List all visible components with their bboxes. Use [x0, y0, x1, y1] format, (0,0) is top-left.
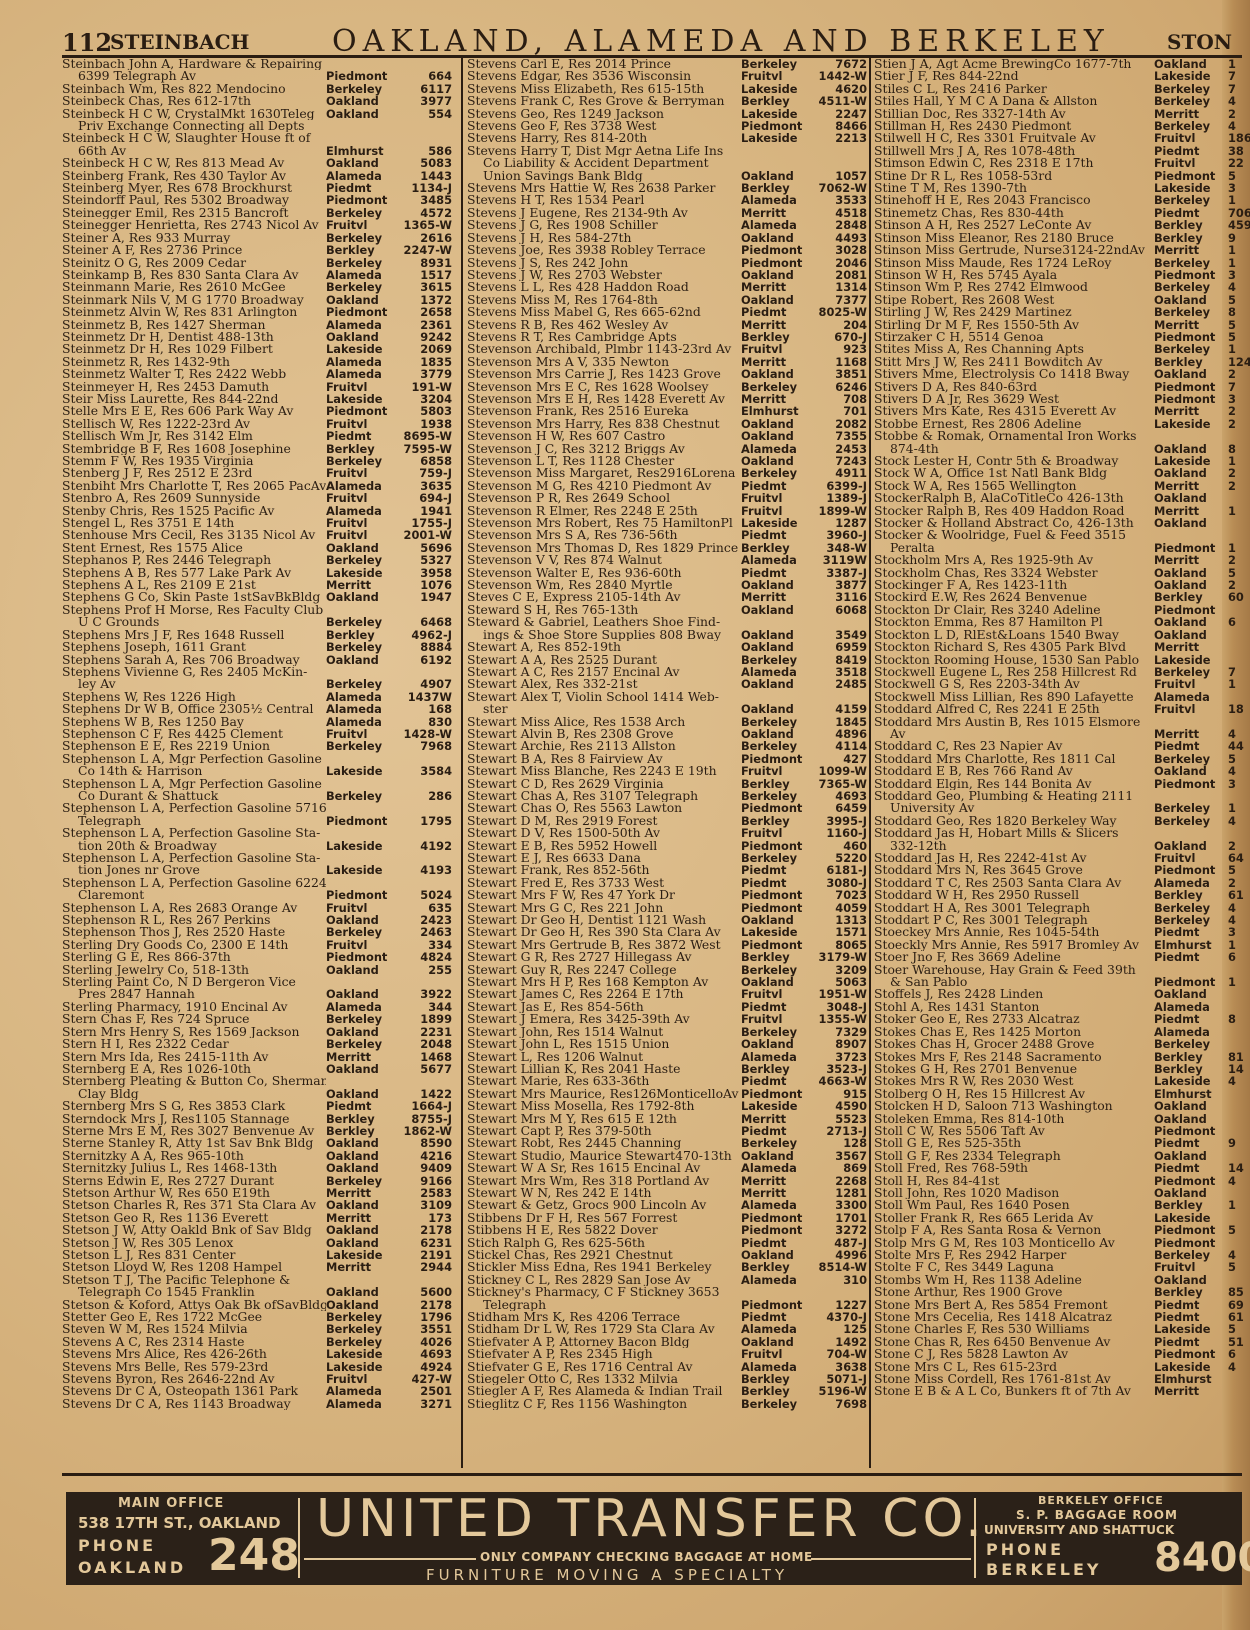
listing-entry: Stenby Chris, Res 1525 Pacific AvAlameda…	[62, 505, 452, 517]
phone-exchange: Piedmont	[1154, 1348, 1228, 1360]
phone-exchange: Alameda	[741, 1274, 815, 1286]
listing-entry: Stevenson Mrs S A, Res 736-56thPiedmt396…	[467, 529, 867, 541]
listing-name: Stockton Richard S, Res 4305 Park Blvd	[874, 641, 1154, 653]
phone-number: 8	[1228, 443, 1250, 455]
listing-entry-continuation: tion Jones nr GroveLakeside4193	[62, 864, 452, 876]
phone-number: 8695-W	[400, 430, 452, 442]
listing-address-continuation: & San Pablo	[874, 976, 1154, 988]
listing-name: Stenberg J F, Res 2512 E 23rd	[62, 467, 326, 479]
listing-name: Stocker & Woolridge, Fuel & Feed 3515	[874, 529, 1154, 541]
listing-name: Stetson Charles R, Res 371 Sta Clara Av	[62, 1199, 326, 1211]
listing-name: Stone Miss Cordell, Res 1761-81st Av	[874, 1373, 1154, 1385]
phone-number	[1228, 1373, 1250, 1385]
listing-name: Stockwell Eugene L, Res 258 Hillcrest Rd	[874, 666, 1154, 678]
phone-number: 3109	[400, 1199, 452, 1211]
listing-entry: Stephens A L, Res 2109 E 21stMerritt1076	[62, 579, 452, 591]
phone-number: 1	[1228, 58, 1250, 70]
listing-entry: Stewart E J, Res 6633 DanaBerkeley5220	[467, 852, 867, 864]
phone-number: 2069	[400, 343, 452, 355]
listing-name: Stevens Harry, Res 814-20th	[467, 132, 741, 144]
listing-name: Steinbeck H C W, CrystalMkt 1630Teleg	[62, 108, 326, 120]
listing-name: Steinbeck H C W, Slaughter House ft of	[62, 132, 326, 144]
phone-number: 1	[1228, 542, 1250, 554]
listing-name: Stewart Fred E, Res 3733 West	[467, 877, 741, 889]
listing-name: Stickney's Pharmacy, C F Stickney 3653	[467, 1286, 741, 1298]
spacer	[1154, 827, 1228, 839]
listing-name: Stewart Jas E, Res 854-56th	[467, 1001, 741, 1013]
listing-entry: Steinmetz R, Res 1432-9thAlameda1835	[62, 356, 452, 368]
listing-entry: Stolte F C, Res 3449 LagunaFruitvl5	[874, 1261, 1250, 1273]
phone-number: 5	[1228, 864, 1250, 876]
phone-number: 704-W	[815, 1348, 867, 1360]
listing-name: Stewart Studio, Maurice Stewart470-13th	[467, 1150, 741, 1162]
listing-name: Stien J A, Agt Acme BrewingCo 1677-7th	[874, 58, 1154, 70]
listing-entry: Sterling Pharmacy, 1910 Encinal AvAlamed…	[62, 1001, 452, 1013]
listing-entry: Stephens Prof H Morse, Res Faculty Club	[62, 604, 452, 616]
listing-name: Stoer Warehouse, Hay Grain & Feed 39th	[874, 964, 1154, 976]
phone-exchange: Berkley	[741, 1261, 815, 1273]
spacer	[326, 827, 400, 839]
listing-entry: Sterling G E, Res 866-37thPiedmont4824	[62, 951, 452, 963]
listing-name: Stevens Mrs Belle, Res 579-23rd	[62, 1361, 326, 1373]
listing-name: Stemm F W, Res 1935 Virginia	[62, 455, 326, 467]
phone-number: 7	[1228, 381, 1250, 393]
listing-name: Stilwell H C, Res 3301 Fruitvale Av	[874, 132, 1154, 144]
phone-exchange: Piedmont	[326, 306, 400, 318]
listing-name: Stoddart P C, Res 3001 Telegraph	[874, 914, 1154, 926]
phone-exchange: Berkeley	[741, 1398, 815, 1410]
listing-name: Stiegeler Otto C, Res 1332 Milvia	[467, 1373, 741, 1385]
phone-number: 1	[1228, 257, 1250, 269]
phone-exchange: Fruitvl	[741, 1348, 815, 1360]
phone-number: 459	[1228, 219, 1250, 231]
listing-entry-continuation: Co 14th & HarrisonLakeside3584	[62, 765, 452, 777]
listing-entry-continuation: tion 20th & BroadwayLakeside4192	[62, 840, 452, 852]
phone-exchange: Fruitvl	[1154, 703, 1228, 715]
listing-name: Stevens R T, Res Cambridge Apts	[467, 331, 741, 343]
phone-number: 5	[1228, 1224, 1250, 1236]
listing-entry: Stern H I, Res 2322 CedarBerkeley2048	[62, 1038, 452, 1050]
listing-entry: Stewart A, Res 852-19thOakland6959	[467, 641, 867, 653]
column-divider	[461, 58, 463, 1468]
listing-name: Stevens Mrs Alice, Res 426-26th	[62, 1348, 326, 1360]
listing-name: Stewart Mrs F W, Res 47 York Dr	[467, 889, 741, 901]
listing-name: Stevens Dr C A, Res 1143 Broadway	[62, 1398, 326, 1410]
phone-number: 7	[1228, 666, 1250, 678]
phone-exchange: Oakland	[1154, 492, 1228, 504]
phone-exchange: Piedmont	[326, 194, 400, 206]
phone-number: 1	[1228, 343, 1250, 355]
listing-name: Stevens Frank C, Res Grove & Berryman	[467, 95, 741, 107]
phone-exchange: Piedmont	[326, 815, 400, 827]
listing-name: Stewart Alex T, Violin School 1414 Web-	[467, 691, 741, 703]
phone-exchange: Alameda	[326, 368, 400, 380]
phone-number: 4114	[815, 740, 867, 752]
spacer	[326, 1075, 400, 1087]
listing-entry: Steinbach Wm, Res 822 MendocinoBerkeley6…	[62, 83, 452, 95]
listing-entry: Stephens Dr W B, Office 2305½ CentralAla…	[62, 703, 452, 715]
phone-number	[1228, 1001, 1250, 1013]
phone-number: 3485	[400, 194, 452, 206]
listing-entry: Steinmetz Dr H, Dentist 488-13thOakland9…	[62, 331, 452, 343]
spacer	[815, 616, 867, 628]
phone-number	[1228, 1125, 1250, 1137]
phone-exchange: Piedmt	[1154, 1162, 1228, 1174]
phone-number: 3	[1228, 269, 1250, 281]
listing-name: Stoeckey Mrs Annie, Res 1045-54th	[874, 926, 1154, 938]
listing-name: Stocker Ralph B, Res 409 Haddon Road	[874, 505, 1154, 517]
listing-entry: Steir Miss Laurette, Res 844-22ndLakesid…	[62, 393, 452, 405]
listing-name: Stewart Mrs Maurice, Res126MonticelloAv	[467, 1088, 741, 1100]
listing-name: Sternitzky Julius L, Res 1468-13th	[62, 1162, 326, 1174]
last-entry-guide-word: STON	[1167, 30, 1232, 54]
listing-entry: Stinson A H, Res 2527 LeConte AvBerkley4…	[874, 219, 1250, 231]
phone-number: 3551	[400, 1323, 452, 1335]
phone-number: 2	[1228, 877, 1250, 889]
listing-name: Stombs Wm H, Res 1138 Adeline	[874, 1274, 1154, 1286]
phone-number: 14	[1228, 1063, 1250, 1075]
phone-number: 4	[1228, 765, 1250, 777]
listing-name: Sterne Stanley R, Atty 1st Sav Bnk Bldg	[62, 1137, 326, 1149]
listing-name: Stone Arthur, Res 1900 Grove	[874, 1286, 1154, 1298]
phone-number: 2485	[815, 678, 867, 690]
phone-exchange: Piedmont	[326, 951, 400, 963]
listing-entry: Stevenson Wm, Res 2840 MyrtleOakland3877	[467, 579, 867, 591]
listing-address-continuation: 874-4th	[874, 443, 1154, 455]
listing-name: Stewart W A Sr, Res 1615 Encinal Av	[467, 1162, 741, 1174]
phone-exchange: Alameda	[741, 1199, 815, 1211]
listing-name: Stelle Mrs E E, Res 606 Park Way Av	[62, 405, 326, 417]
listing-name: Sterling Pharmacy, 1910 Encinal Av	[62, 1001, 326, 1013]
phone-exchange: Lakeside	[326, 864, 400, 876]
phone-exchange: Oakland	[1154, 616, 1228, 628]
phone-number: 5024	[400, 889, 452, 901]
listing-name: Sternberg Pleating & Button Co, Sherman	[62, 1075, 326, 1087]
listing-name: Stoddard Elgin, Res 144 Bonita Av	[874, 778, 1154, 790]
listing-entry: Stewart Guy R, Res 2247 CollegeBerkeley3…	[467, 964, 867, 976]
phone-number: 5803	[400, 405, 452, 417]
listing-entry: Steinbach John A, Hardware & Repairing	[62, 58, 452, 70]
listing-entry: Stokes Mrs R W, Res 2030 WestLakeside4	[874, 1075, 1250, 1087]
phone-number: 7	[1228, 83, 1250, 95]
listing-name: Stolte F C, Res 3449 Laguna	[874, 1261, 1154, 1273]
phone-number: 2501	[400, 1385, 452, 1397]
phone-exchange: Lakeside	[326, 343, 400, 355]
listing-name: Stewart Mrs M Y, Res 615 E 12th	[467, 1113, 741, 1125]
listing-name: Stephens W B, Res 1250 Bay	[62, 716, 326, 728]
listing-name: Steiner A F, Res 2736 Prince	[62, 244, 326, 256]
listing-entry: Stephenson L A, Perfection Gasoline Sta-	[62, 852, 452, 864]
phone-number: 8	[1228, 1013, 1250, 1025]
listing-name: Stich Ralph G, Res 625-56th	[467, 1237, 741, 1249]
phone-exchange: Fruitvl	[1154, 157, 1228, 169]
phone-exchange: Oakland	[741, 641, 815, 653]
listing-entry: Stetson L J, Res 831 CenterLakeside2191	[62, 1249, 452, 1261]
listing-entry: Stewart Chas A, Res 3107 TelegraphBerkel…	[467, 790, 867, 802]
listing-entry: Stolcken H D, Saloon 713 WashingtonOakla…	[874, 1100, 1250, 1112]
listing-entry: Stickel Chas, Res 2921 ChestnutOakland49…	[467, 1249, 867, 1261]
phone-number: 5	[1228, 170, 1250, 182]
phone-number: 5600	[400, 1286, 452, 1298]
listing-entry: Steinkamp B, Res 830 Santa Clara AvAlame…	[62, 269, 452, 281]
listing-address-continuation: U C Grounds	[62, 616, 326, 628]
phone-number	[1228, 1113, 1250, 1125]
listing-entry: Stiefvater G E, Res 1716 Central AvAlame…	[467, 1361, 867, 1373]
listing-address-continuation: Telegraph Co 1545 Franklin	[62, 1286, 326, 1298]
phone-number	[1228, 1038, 1250, 1050]
phone-number: 124	[1228, 356, 1250, 368]
phone-number: 1	[1228, 939, 1250, 951]
listing-entry: Stengel L, Res 3751 E 14thFruitvl1755-J	[62, 517, 452, 529]
phone-exchange: Berkeley	[1154, 1038, 1228, 1050]
listing-name: Stevens Mrs Hattie W, Res 2638 Parker	[467, 182, 741, 194]
listing-name: Stoddard E B, Res 766 Rand Av	[874, 765, 1154, 777]
listing-name: Stewart Frank, Res 852-56th	[467, 864, 741, 876]
spacer	[815, 145, 867, 157]
listing-entry: Stites Miss A, Res Channing AptsBerkeley…	[874, 343, 1250, 355]
spacer	[815, 1286, 867, 1298]
phone-number: 61	[1228, 1311, 1250, 1323]
phone-exchange: Berkeley	[1154, 343, 1228, 355]
phone-exchange: Oakland	[741, 604, 815, 616]
phone-exchange: Fruitvl	[326, 467, 400, 479]
listing-name: Stokes Mrs F, Res 2148 Sacramento	[874, 1051, 1154, 1063]
listing-name: Stephenson L A, Mgr Perfection Gasoline	[62, 778, 326, 790]
listing-name: Stoll G F, Res 2334 Telegraph	[874, 1150, 1154, 1162]
listing-entry: Stoddard Mrs N, Res 3645 GrovePiedmont5	[874, 864, 1250, 876]
phone-number	[1228, 1187, 1250, 1199]
spacer	[1228, 964, 1250, 976]
spacer	[741, 616, 815, 628]
listing-name: Stoddard Geo, Res 1820 Berkeley Way	[874, 815, 1154, 827]
listing-name: Stipe Robert, Res 2608 West	[874, 294, 1154, 306]
listing-entry: Sternberg E A, Res 1026-10thOakland5677	[62, 1063, 452, 1075]
phone-exchange: Alameda	[326, 1398, 400, 1410]
listing-entry: Stewart Miss Alice, Res 1538 ArchBerkele…	[467, 716, 867, 728]
phone-number: 1099-W	[815, 765, 867, 777]
spacer	[400, 1075, 452, 1087]
listing-name: Stevens A C, Res 2314 Haste	[62, 1336, 326, 1348]
listing-entry: Stevens J G, Res 1908 SchillerAlameda284…	[467, 219, 867, 231]
listing-entry: Stobbe & Romak, Ornamental Iron Works	[874, 430, 1250, 442]
phone-number: 5083	[400, 157, 452, 169]
listing-entry: Stevens L L, Res 428 Haddon RoadMerritt1…	[467, 281, 867, 293]
phone-number: 3584	[400, 765, 452, 777]
phone-exchange: Berkley	[326, 244, 400, 256]
listing-entry-continuation: Pres 2847 HannahOakland3922	[62, 988, 452, 1000]
listing-name: Steinbach John A, Hardware & Repairing	[62, 58, 326, 70]
listing-entry: Stewart Lillian K, Res 2041 HasteBerkley…	[467, 1063, 867, 1075]
listing-address-continuation: Telegraph	[467, 1299, 741, 1311]
listing-name: Stetson J W, Atty Oakld Bnk of Sav Bldg	[62, 1224, 326, 1236]
listing-entry: Stockwell G S, Res 2203-34th AvFruitvl1	[874, 678, 1250, 690]
phone-number: 2213	[815, 132, 867, 144]
listing-name: Stewart Dr Geo H, Dentist 1121 Wash	[467, 914, 741, 926]
phone-number: 1664-J	[400, 1100, 452, 1112]
listing-entry: Stewart A A, Res 2525 DurantBerkeley8419	[467, 654, 867, 666]
listing-entry: Sterne Mrs E M, Res 3027 Benvenue AvBerk…	[62, 1125, 452, 1137]
ad-rule	[811, 1558, 971, 1560]
phone-number: 7023	[815, 889, 867, 901]
phone-number: 1947	[400, 591, 452, 603]
listing-name: Stewart Chas A, Res 3107 Telegraph	[467, 790, 741, 802]
listing-name: StockerRalph B, AlaCoTitleCo 426-13th	[874, 492, 1154, 504]
listing-column-2: Stevens Carl E, Res 2014 PrinceBerkeley7…	[467, 58, 867, 1468]
listing-name: Stiefvater A P, Attorney Bacon Bldg	[467, 1336, 741, 1348]
phone-exchange: Berkeley	[1154, 306, 1228, 318]
phone-number: 2	[1228, 108, 1250, 120]
phone-exchange: Merritt	[1154, 554, 1228, 566]
listing-name: Stephenson R L, Res 267 Perkins	[62, 914, 326, 926]
phone-number: 3851	[815, 368, 867, 380]
phone-number: 2	[1228, 368, 1250, 380]
spacer	[326, 802, 400, 814]
listing-entry: Stevens Joe, Res 3938 Robley TerracePied…	[467, 244, 867, 256]
listing-entry: Stewart Miss Blanche, Res 2243 E 19thFru…	[467, 765, 867, 777]
phone-exchange: Berkeley	[326, 1013, 400, 1025]
listing-entry: Steinmetz Dr H, Res 1029 FilbertLakeside…	[62, 343, 452, 355]
listing-name: Stevens J W, Res 2703 Webster	[467, 269, 741, 281]
phone-number: 2247-W	[400, 244, 452, 256]
listing-name: Stevens Edgar, Res 3536 Wisconsin	[467, 70, 741, 82]
phone-exchange: Fruitvl	[741, 70, 815, 82]
listing-name: Stevens L L, Res 428 Haddon Road	[467, 281, 741, 293]
phone-number: 5	[1228, 294, 1250, 306]
phone-number: 1951-W	[815, 988, 867, 1000]
listing-name: Stoddard C, Res 23 Napier Av	[874, 740, 1154, 752]
listing-name: Steven W M, Res 1524 Milvia	[62, 1323, 326, 1335]
phone-number: 3922	[400, 988, 452, 1000]
listing-name: Stewart A A, Res 2525 Durant	[467, 654, 741, 666]
listing-name: Stone Mrs Cecelia, Res 1418 Alcatraz	[874, 1311, 1154, 1323]
listing-name: Stewart Dr Geo H, Res 390 Sta Clara Av	[467, 926, 741, 938]
phone-number: 4192	[400, 840, 452, 852]
listing-entry: Stephens Sarah A, Res 706 BroadwayOaklan…	[62, 654, 452, 666]
phone-number	[1228, 517, 1250, 529]
listing-entry: Stickney C L, Res 2829 San Jose AvAlamed…	[467, 1274, 867, 1286]
listing-address-continuation: Co Liability & Accident Department	[467, 157, 741, 169]
phone-exchange: Berkley	[1154, 889, 1228, 901]
listing-name: Stoll Wm Paul, Res 1640 Posen	[874, 1199, 1154, 1211]
listing-entry-continuation: ley AvBerkeley4907	[62, 678, 452, 690]
company-specialty: FURNITURE MOVING A SPECIALTY	[426, 1566, 788, 1584]
listing-name: Stoll C W, Res 5506 Taft Av	[874, 1125, 1154, 1137]
listing-entry: Stone Arthur, Res 1900 GroveBerkley85	[874, 1286, 1250, 1298]
listing-entry: Stewart C D, Res 2629 VirginiaBerkley736…	[467, 778, 867, 790]
listing-name: Stellisch Wm Jr, Res 3142 Elm	[62, 430, 326, 442]
listing-name: Stephens Prof H Morse, Res Faculty Club	[62, 604, 326, 616]
listing-entry: Stevens Dr C A, Res 1143 BroadwayAlameda…	[62, 1398, 452, 1410]
phone-number: 1899	[400, 1013, 452, 1025]
listing-entry: Stewart Jas E, Res 854-56thPiedmt3048-J	[467, 1001, 867, 1013]
listing-entry: Steinbeck Chas, Res 612-17thOakland3977	[62, 95, 452, 107]
phone-number: 4	[1228, 914, 1250, 926]
listing-entry: Stoeckey Mrs Annie, Res 1045-54thPiedmt3	[874, 926, 1250, 938]
listing-address-continuation: 6399 Telegraph Av	[62, 70, 326, 82]
listing-entry: Stoddard Alfred C, Res 2241 E 25thFruitv…	[874, 703, 1250, 715]
listing-entry: Stevens Mrs Belle, Res 579-23rdLakeside4…	[62, 1361, 452, 1373]
phone-number: 6	[1228, 616, 1250, 628]
phone-number: 125	[815, 1323, 867, 1335]
listing-address-continuation: 66th Av	[62, 145, 326, 157]
listing-entry: Stoffels J, Res 2428 LindenOakland	[874, 988, 1250, 1000]
listing-entry: Stibbens H E, Res 5822 DoverPiedmont3272	[467, 1224, 867, 1236]
listing-name: Stobbe & Romak, Ornamental Iron Works	[874, 430, 1154, 442]
listing-entry: Stier J F, Res 844-22ndLakeside7	[874, 70, 1250, 82]
listing-entry: Stewart John L, Res 1515 UnionOakland890…	[467, 1038, 867, 1050]
phone-number: 8884	[400, 641, 452, 653]
listing-name: Stevenson V V, Res 874 Walnut	[467, 554, 741, 566]
main-office-label: MAIN OFFICE	[118, 1496, 224, 1511]
listing-entry-continuation: 6399 Telegraph AvPiedmont664	[62, 70, 452, 82]
listing-entry: Stephenson L A, Mgr Perfection Gasoline	[62, 778, 452, 790]
phone-number: 1314	[815, 281, 867, 293]
phone-number: 4	[1228, 1175, 1250, 1187]
listing-entry: Stephens Mrs J F, Res 1648 RussellBerkle…	[62, 629, 452, 641]
listing-name: Stevens Miss M, Res 1764-8th	[467, 294, 741, 306]
listing-entry: Sternitzky A A, Res 965-10thOakland4216	[62, 1150, 452, 1162]
listing-name: Stoeckly Mrs Annie, Res 5917 Bromley Av	[874, 939, 1154, 951]
listing-address-continuation: tion Jones nr Grove	[62, 864, 326, 876]
phone-number: 3533	[815, 194, 867, 206]
listing-name: Stephens Vivienne G, Res 2405 McKin-	[62, 666, 326, 678]
listing-name: Stoddard W H, Res 2950 Russell	[874, 889, 1154, 901]
advertisement-banner: MAIN OFFICE 538 17TH ST., OAKLAND PHONE …	[66, 1492, 1242, 1585]
listing-name: Stewart E B, Res 5952 Howell	[467, 840, 741, 852]
phone-exchange: Lakeside	[1154, 70, 1228, 82]
listing-entry: Stewart James C, Res 2264 E 17thFruitvl1…	[467, 988, 867, 1000]
listing-entry: Stiles Hall, Y M C A Dana & AllstonBerke…	[874, 95, 1250, 107]
listing-entry: Stelle Mrs E E, Res 606 Park Way AvPiedm…	[62, 405, 452, 417]
listing-name: Stewart Alex, Res 332-21st	[467, 678, 741, 690]
listing-entry: Stolp F A, Res Santa Rosa & VernonPiedmo…	[874, 1224, 1250, 1236]
listing-name: Sternberg E A, Res 1026-10th	[62, 1063, 326, 1075]
listing-name: Stevens J Eugene, Res 2134-9th Av	[467, 207, 741, 219]
phone-number: 3179-W	[815, 951, 867, 963]
phone-number: 3028	[815, 244, 867, 256]
phone-exchange: Piedmont	[1154, 1224, 1228, 1236]
listing-entry: Steinbeck H C W, Slaughter House ft of	[62, 132, 452, 144]
listing-entry: Stevens Miss Mabel G, Res 665-62ndPiedmt…	[467, 306, 867, 318]
listing-name: Steinegger Emil, Res 2315 Bancroft	[62, 207, 326, 219]
listing-name: Stock Lester H, Contr 5th & Broadway	[874, 455, 1154, 467]
listing-name: Stinehoff H E, Res 2043 Francisco	[874, 194, 1154, 206]
page-title: OAKLAND, ALAMEDA AND BERKELEY	[332, 24, 1110, 59]
phone-number: 2463	[400, 926, 452, 938]
listing-entry: Stephenson L A, Res 2683 Orange AvFruitv…	[62, 902, 452, 914]
phone-number: 4	[1228, 95, 1250, 107]
listing-name: Stockwell Miss Lillian, Res 890 Lafayett…	[874, 691, 1154, 703]
phone-number: 2178	[400, 1224, 452, 1236]
listing-name: Steward S H, Res 765-13th	[467, 604, 741, 616]
phone-exchange: Lakeside	[326, 1348, 400, 1360]
phone-number: 923	[815, 343, 867, 355]
phone-exchange: Piedmont	[741, 802, 815, 814]
listing-entry: Stevens Harry T, Dist Mgr Aetna Life Ins	[467, 145, 867, 157]
listing-entry: Stewart Dr Geo H, Res 390 Sta Clara AvLa…	[467, 926, 867, 938]
listing-address-continuation: Co Durant & Shattuck	[62, 790, 326, 802]
phone-number	[1228, 492, 1250, 504]
phone-number: 2001-W	[400, 529, 452, 541]
phone-number: 701	[815, 405, 867, 417]
listing-entry: Stephens Vivienne G, Res 2405 McKin-	[62, 666, 452, 678]
phone-number: 7698	[815, 1398, 867, 1410]
listing-name: Stobbe Ernest, Res 2806 Adeline	[874, 418, 1154, 430]
listing-name: Stevens Miss Elizabeth, Res 615-15th	[467, 83, 741, 95]
listing-name: Stone C J, Res 5828 Lawton Av	[874, 1348, 1154, 1360]
phone-exchange: Berkeley	[326, 678, 400, 690]
listing-name: Stohl A, Res 1431 Stanton	[874, 1001, 1154, 1013]
